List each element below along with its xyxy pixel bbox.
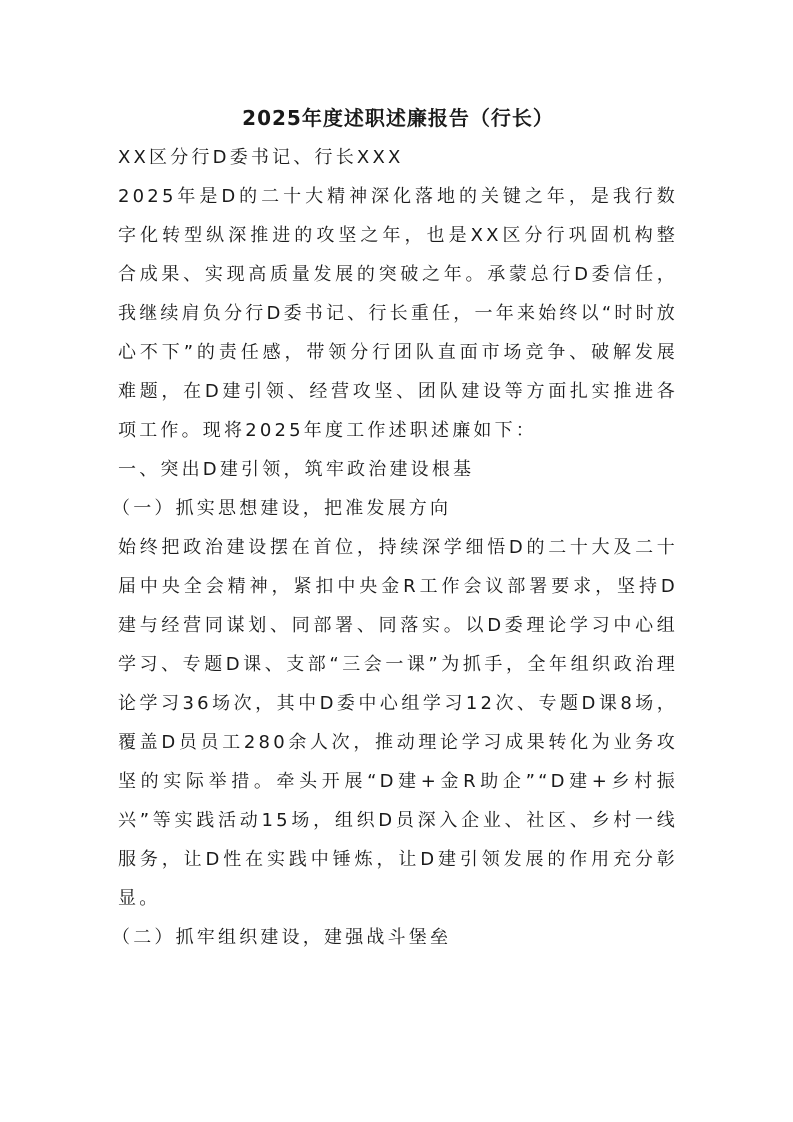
subsection-body-1-1: 始终把政治建设摆在首位，持续深学细悟D的二十大及二十届中央全会精神，紧扣中央金R… (118, 528, 678, 918)
subsection-heading-1-2: （二）抓牢组织建设，建强战斗堡垒 (112, 918, 678, 957)
document-title: 2025年度述职述廉报告（行长） (118, 98, 678, 138)
intro-paragraph: 2025年是D的二十大精神深化落地的关键之年，是我行数字化转型纵深推进的攻坚之年… (118, 177, 678, 450)
section-heading-1: 一、突出D建引领，筑牢政治建设根基 (118, 450, 678, 489)
document-page: 2025年度述职述廉报告（行长） XX区分行D委书记、行长XXX 2025年是D… (118, 98, 678, 957)
subsection-heading-1-1: （一）抓实思想建设，把准发展方向 (112, 489, 678, 528)
author-line: XX区分行D委书记、行长XXX (118, 138, 678, 177)
